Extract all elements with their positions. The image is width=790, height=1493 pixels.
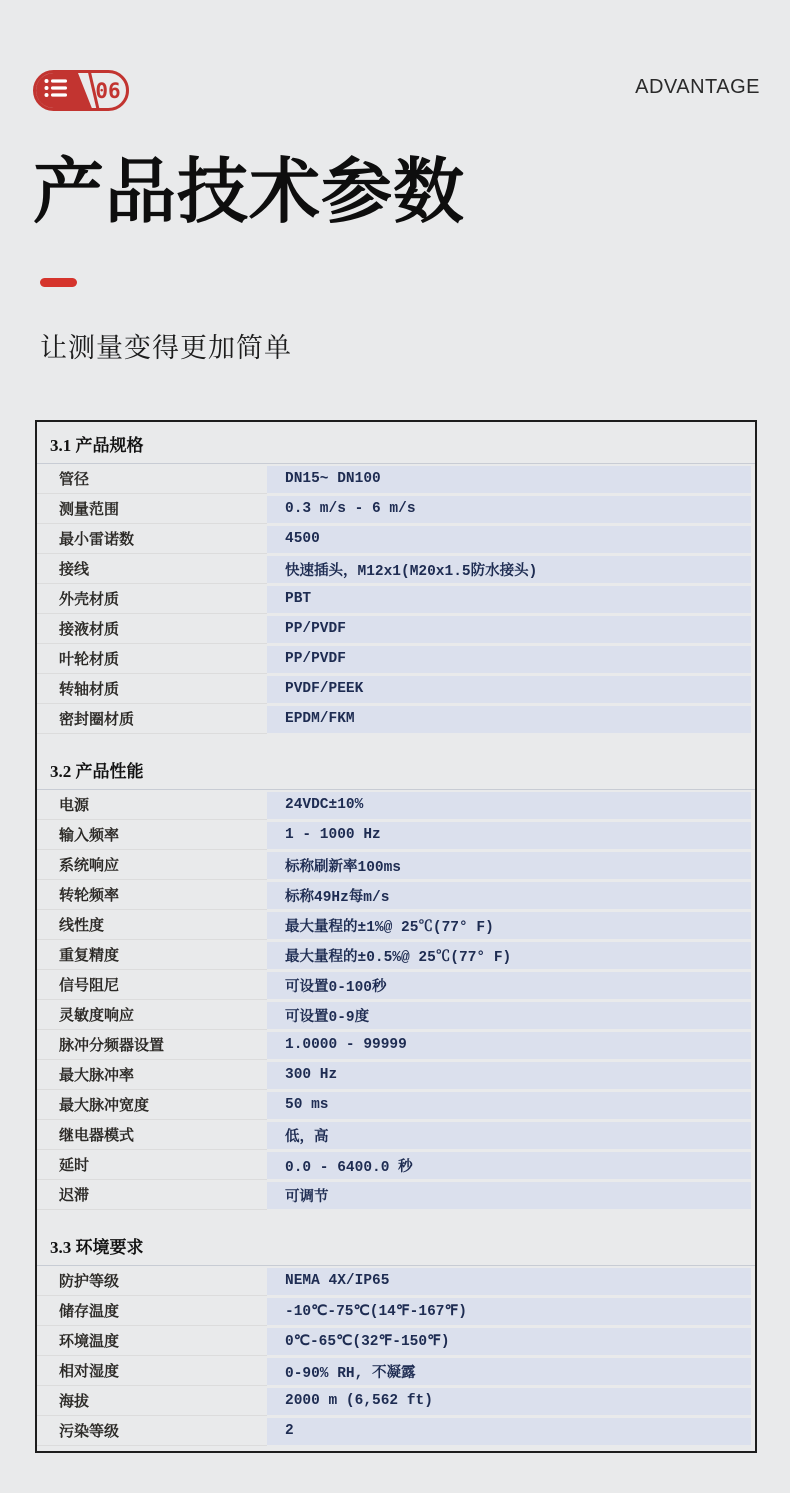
advantage-label: ADVANTAGE <box>635 76 760 99</box>
row-value: 最大量程的±1%@ 25℃(77° F) <box>267 912 751 939</box>
row-label: 海拔 <box>37 1386 267 1416</box>
row-label: 重复精度 <box>37 940 267 970</box>
table-row: 线性度最大量程的±1%@ 25℃(77° F) <box>37 910 755 940</box>
row-value: 可设置0-9度 <box>267 1002 751 1029</box>
row-label: 测量范围 <box>37 494 267 524</box>
spec-section: 3.3 环境要求防护等级NEMA 4X/IP65储存温度-10℃-75℃(14℉… <box>37 1224 755 1446</box>
row-value: PBT <box>267 586 751 613</box>
table-row: 延时0.0 - 6400.0 秒 <box>37 1150 755 1180</box>
row-value: PP/PVDF <box>267 646 751 673</box>
row-value: 2 <box>267 1418 751 1445</box>
table-row: 转轮频率标称49Hz每m/s <box>37 880 755 910</box>
table-row: 信号阻尼可设置0-100秒 <box>37 970 755 1000</box>
row-label: 继电器模式 <box>37 1120 267 1150</box>
row-value: 标称49Hz每m/s <box>267 882 751 909</box>
table-row: 脉冲分频器设置1.0000 - 99999 <box>37 1030 755 1060</box>
row-label: 电源 <box>37 790 267 820</box>
table-row: 系统响应标称刷新率100ms <box>37 850 755 880</box>
row-value: 0.3 m/s - 6 m/s <box>267 496 751 523</box>
row-label: 密封圈材质 <box>37 704 267 734</box>
row-label: 接液材质 <box>37 614 267 644</box>
row-value: 快速插头，M12x1(M20x1.5防水接头) <box>267 556 751 583</box>
table-row: 外壳材质PBT <box>37 584 755 614</box>
table-row: 最小雷诺数4500 <box>37 524 755 554</box>
spec-table: 3.1 产品规格管径DN15~ DN100测量范围0.3 m/s - 6 m/s… <box>35 420 757 1453</box>
row-label: 线性度 <box>37 910 267 940</box>
row-value: 1.0000 - 99999 <box>267 1032 751 1059</box>
row-label: 灵敏度响应 <box>37 1000 267 1030</box>
table-row: 管径DN15~ DN100 <box>37 464 755 494</box>
row-label: 脉冲分频器设置 <box>37 1030 267 1060</box>
row-label: 转轴材质 <box>37 674 267 704</box>
row-label: 储存温度 <box>37 1296 267 1326</box>
row-label: 叶轮材质 <box>37 644 267 674</box>
row-value: -10℃-75℃(14℉-167℉) <box>267 1298 751 1325</box>
row-value: 最大量程的±0.5%@ 25℃(77° F) <box>267 942 751 969</box>
row-value: 24VDC±10% <box>267 792 751 819</box>
row-label: 延时 <box>37 1150 267 1180</box>
row-label: 最大脉冲宽度 <box>37 1090 267 1120</box>
row-value: 1 - 1000 Hz <box>267 822 751 849</box>
table-row: 叶轮材质PP/PVDF <box>37 644 755 674</box>
row-label: 防护等级 <box>37 1266 267 1296</box>
table-row: 转轴材质PVDF/PEEK <box>37 674 755 704</box>
table-row: 电源24VDC±10% <box>37 790 755 820</box>
row-value: 可设置0-100秒 <box>267 972 751 999</box>
row-label: 转轮频率 <box>37 880 267 910</box>
row-value: 0℃-65℃(32℉-150℉) <box>267 1328 751 1355</box>
table-row: 灵敏度响应可设置0-9度 <box>37 1000 755 1030</box>
section-title: 3.1 产品规格 <box>37 422 755 464</box>
row-label: 最小雷诺数 <box>37 524 267 554</box>
list-icon <box>33 78 68 103</box>
row-label: 迟滞 <box>37 1180 267 1210</box>
table-row: 重复精度最大量程的±0.5%@ 25℃(77° F) <box>37 940 755 970</box>
row-value: 标称刷新率100ms <box>267 852 751 879</box>
table-row: 接液材质PP/PVDF <box>37 614 755 644</box>
table-row: 测量范围0.3 m/s - 6 m/s <box>37 494 755 524</box>
row-value: 300 Hz <box>267 1062 751 1089</box>
row-label: 污染等级 <box>37 1416 267 1446</box>
table-row: 最大脉冲率300 Hz <box>37 1060 755 1090</box>
badge-left-panel <box>33 70 93 111</box>
table-row: 输入频率1 - 1000 Hz <box>37 820 755 850</box>
spec-section: 3.1 产品规格管径DN15~ DN100测量范围0.3 m/s - 6 m/s… <box>37 422 755 734</box>
table-row: 继电器模式低，高 <box>37 1120 755 1150</box>
row-label: 系统响应 <box>37 850 267 880</box>
table-row: 相对湿度0-90% RH, 不凝露 <box>37 1356 755 1386</box>
table-row: 污染等级2 <box>37 1416 755 1446</box>
section-title: 3.3 环境要求 <box>37 1224 755 1266</box>
table-row: 海拔2000 m (6,562 ft) <box>37 1386 755 1416</box>
badge-number: 06 <box>94 73 122 108</box>
row-value: 0.0 - 6400.0 秒 <box>267 1152 751 1179</box>
row-value: 50 ms <box>267 1092 751 1119</box>
row-value: 2000 m (6,562 ft) <box>267 1388 751 1415</box>
row-value: 可调节 <box>267 1182 751 1209</box>
table-row: 密封圈材质EPDM/FKM <box>37 704 755 734</box>
row-label: 信号阻尼 <box>37 970 267 1000</box>
row-value: 低，高 <box>267 1122 751 1149</box>
row-value: NEMA 4X/IP65 <box>267 1268 751 1295</box>
section-title: 3.2 产品性能 <box>37 748 755 790</box>
row-value: PVDF/PEEK <box>267 676 751 703</box>
row-label: 接线 <box>37 554 267 584</box>
row-label: 管径 <box>37 464 267 494</box>
row-value: PP/PVDF <box>267 616 751 643</box>
table-row: 防护等级NEMA 4X/IP65 <box>37 1266 755 1296</box>
top-bar: 06 ADVANTAGE <box>0 0 790 111</box>
spec-section: 3.2 产品性能电源24VDC±10%输入频率1 - 1000 Hz系统响应标称… <box>37 748 755 1210</box>
row-value: EPDM/FKM <box>267 706 751 733</box>
row-label: 外壳材质 <box>37 584 267 614</box>
table-row: 环境温度0℃-65℃(32℉-150℉) <box>37 1326 755 1356</box>
table-row: 迟滞可调节 <box>37 1180 755 1210</box>
page-subtitle: 让测量变得更加简单 <box>40 326 790 365</box>
table-row: 最大脉冲宽度50 ms <box>37 1090 755 1120</box>
row-value: 0-90% RH, 不凝露 <box>267 1358 751 1385</box>
section-number-badge: 06 <box>33 70 129 111</box>
table-row: 储存温度-10℃-75℃(14℉-167℉) <box>37 1296 755 1326</box>
row-label: 输入频率 <box>37 820 267 850</box>
row-label: 最大脉冲率 <box>37 1060 267 1090</box>
row-value: DN15~ DN100 <box>267 466 751 493</box>
row-label: 环境温度 <box>37 1326 267 1356</box>
page-title: 产品技术参数 <box>33 149 790 234</box>
accent-dash <box>40 278 77 287</box>
row-label: 相对湿度 <box>37 1356 267 1386</box>
table-row: 接线快速插头，M12x1(M20x1.5防水接头) <box>37 554 755 584</box>
row-value: 4500 <box>267 526 751 553</box>
